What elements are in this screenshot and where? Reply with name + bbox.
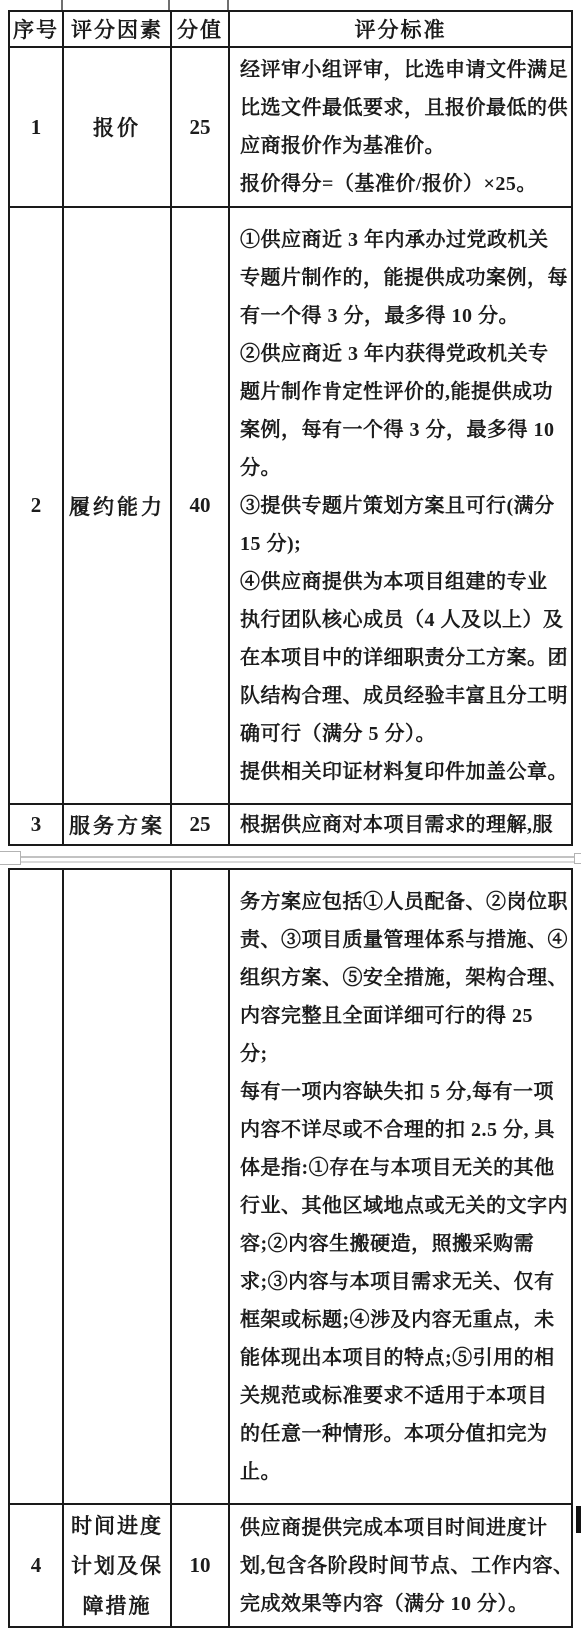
text-line: 完成效果等内容（满分 10 分）。 [240, 1585, 529, 1623]
text-line: 体是指:①存在与本项目无关的其他 [240, 1149, 555, 1187]
text-line: 关规范或标准要求不适用于本项目 [240, 1377, 548, 1415]
text-line: 分。 [240, 449, 281, 487]
text-line: 供应商提供完成本项目时间进度计 [240, 1509, 548, 1547]
row1-criteria-cell: 经评审小组评审，比选申请文件满足比选文件最低要求，且报价最低的供应商报价作为基准… [230, 48, 571, 208]
row3-no-cell-continued [10, 870, 64, 1505]
row3-factor-cell-continued [64, 870, 172, 1505]
text-line: 容;②内容生搬硬造，照搬采购需 [240, 1225, 534, 1263]
text-line: 止。 [240, 1453, 281, 1491]
row4-criteria-cell: 供应商提供完成本项目时间进度计划,包含各阶段时间节点、工作内容、完成效果等内容（… [230, 1505, 571, 1626]
text-line: 报价得分=（基准价/报价）×25。 [240, 165, 537, 203]
text-line: 内容不详尽或不合理的扣 2.5 分, 具 [240, 1111, 555, 1149]
row1-factor-cell: 报价 [64, 48, 172, 208]
text-line: 计划及保 [71, 1546, 163, 1586]
text-line: 案例，每有一个得 3 分，最多得 10 [240, 411, 555, 449]
text-line: 内容完整且全面详细可行的得 25 [240, 997, 533, 1035]
row1-score-cell: 25 [172, 48, 230, 208]
text-line: 框架或标题;④涉及内容无重点，未 [240, 1301, 555, 1339]
row3-score-cell: 25 [172, 805, 230, 844]
text-line: 时间进度 [71, 1506, 163, 1546]
scoring-table-page2: 务方案应包括①人员配备、②岗位职责、③项目质量管理体系与措施、④组织方案、⑤安全… [8, 868, 573, 1628]
text-line: ④供应商提供为本项目组建的专业 [240, 563, 548, 601]
text-line: 提供相关印证材料复印件加盖公章。 [240, 753, 568, 791]
header-cell-score: 分值 [172, 12, 230, 48]
text-line: 障措施 [83, 1586, 152, 1626]
page-break-line [0, 861, 581, 863]
page-break-line [0, 856, 581, 858]
text-line: 队结构合理、成员经验丰富且分工明 [240, 677, 568, 715]
text-line: 应商报价作为基准价。 [240, 127, 445, 165]
text-line: 确可行（满分 5 分）。 [240, 715, 436, 753]
row3-criteria-cell-page1: 根据供应商对本项目需求的理解,服 [230, 805, 571, 844]
text-line: 执行团队核心成员（4 人及以上）及 [240, 601, 564, 639]
header-cell-no: 序号 [10, 12, 64, 48]
row3-score-cell-continued [172, 870, 230, 1505]
row2-criteria-cell: ①供应商近 3 年内承办过党政机关专题片制作的，能提供成功案例，每有一个得 3 … [230, 208, 571, 805]
page-break-edge-right [574, 853, 581, 864]
text-line: 根据供应商对本项目需求的理解,服 [240, 806, 553, 844]
text-line: 经评审小组评审，比选申请文件满足 [240, 51, 568, 89]
text-line: 在本项目中的详细职责分工方案。团 [240, 639, 568, 677]
row4-no-cell: 4 [10, 1505, 64, 1626]
text-line: 务方案应包括①人员配备、②岗位职 [240, 883, 568, 921]
text-line: 行业、其他区域地点或无关的文字内 [240, 1187, 568, 1225]
row2-score-cell: 40 [172, 208, 230, 805]
header-cell-factor: 评分因素 [64, 12, 172, 48]
scoring-table-page1: 序号 评分因素 分值 评分标准 1 报价 25 经评审小组评审，比选申请文件满足… [8, 10, 573, 846]
row2-no-cell: 2 [10, 208, 64, 805]
screen-artifact [576, 1506, 581, 1533]
row3-no-cell: 3 [10, 805, 64, 844]
text-line: 的任意一种情形。本项分值扣完为 [240, 1415, 548, 1453]
page-break-edge-left [0, 851, 21, 865]
text-line: 题片制作肯定性评价的,能提供成功 [240, 373, 553, 411]
row3-criteria-cell-page2: 务方案应包括①人员配备、②岗位职责、③项目质量管理体系与措施、④组织方案、⑤安全… [230, 870, 571, 1505]
text-line: 每有一项内容缺失扣 5 分,每有一项 [240, 1073, 554, 1111]
text-line: 能体现出本项目的特点;⑤引用的相 [240, 1339, 555, 1377]
text-line: 有一个得 3 分，最多得 10 分。 [240, 297, 519, 335]
text-line: ②供应商近 3 年内获得党政机关专 [240, 335, 549, 373]
header-cell-criteria: 评分标准 [230, 12, 571, 48]
row1-no-cell: 1 [10, 48, 64, 208]
text-line: 组织方案、⑤安全措施，架构合理、 [240, 959, 568, 997]
text-line: ①供应商近 3 年内承办过党政机关 [240, 221, 549, 259]
text-line: 比选文件最低要求，且报价最低的供 [240, 89, 568, 127]
text-line: 责、③项目质量管理体系与措施、④ [240, 921, 568, 959]
row4-factor-cell: 时间进度计划及保障措施 [64, 1505, 172, 1626]
row3-factor-cell: 服务方案 [64, 805, 172, 844]
row4-score-cell: 10 [172, 1505, 230, 1626]
text-line: 分; [240, 1035, 268, 1073]
text-line: 专题片制作的，能提供成功案例，每 [240, 259, 568, 297]
text-line: 求;③内容与本项目需求无关、仅有 [240, 1263, 555, 1301]
text-line: ③提供专题片策划方案且可行(满分 [240, 487, 555, 525]
text-line: 15 分); [240, 525, 301, 563]
text-line: 划,包含各阶段时间节点、工作内容、 [240, 1547, 571, 1585]
row2-factor-cell: 履约能力 [64, 208, 172, 805]
